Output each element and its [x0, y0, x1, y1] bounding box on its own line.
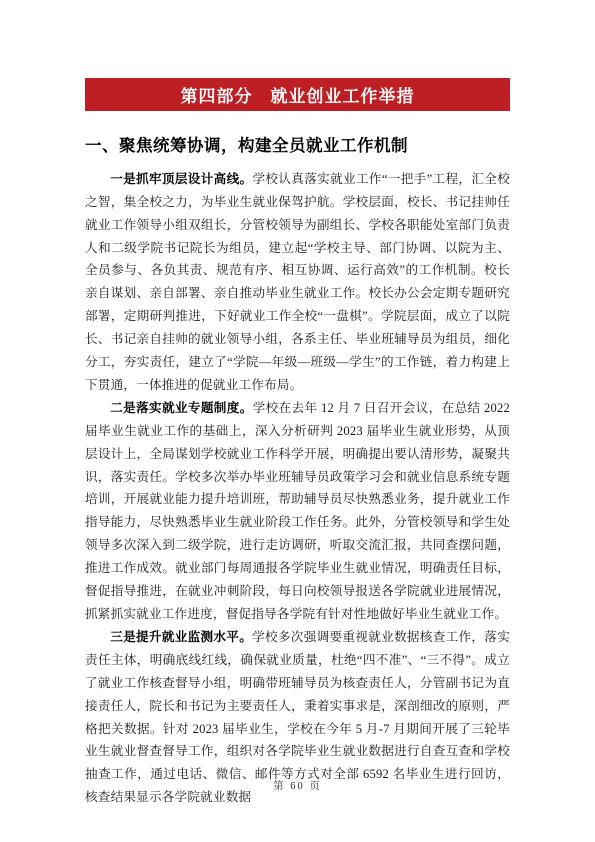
paragraph-2-lead: 二是落实就业专题制度。 — [110, 401, 252, 415]
section-banner-title: 第四部分 就业创业工作举措 — [181, 82, 415, 107]
paragraph-2: 二是落实就业专题制度。学校在去年 12 月 7 日召开会议，在总结 2022 届… — [85, 397, 510, 626]
paragraph-2-text: 学校在去年 12 月 7 日召开会议，在总结 2022 届毕业生就业工作的基础上… — [85, 401, 510, 621]
section-heading: 一、聚焦统筹协调，构建全员就业工作机制 — [85, 137, 510, 157]
document-page: 第四部分 就业创业工作举措 一、聚焦统筹协调，构建全员就业工作机制 一是抓牢顶层… — [0, 0, 595, 842]
paragraph-1-text: 学校认真落实就业工作“一把手”工程，汇全校之智，集全校之力，为毕业生就业保驾护航… — [85, 172, 510, 392]
paragraph-1: 一是抓牢顶层设计高线。学校认真落实就业工作“一把手”工程，汇全校之智，集全校之力… — [85, 168, 510, 397]
page-footer: 第 60 页 — [0, 776, 595, 794]
paragraph-1-lead: 一是抓牢顶层设计高线。 — [110, 172, 252, 186]
page-number: 第 60 页 — [273, 781, 322, 792]
paragraph-3-lead: 三是提升就业监测水平。 — [110, 630, 252, 644]
body-content: 一是抓牢顶层设计高线。学校认真落实就业工作“一把手”工程，汇全校之智，集全校之力… — [85, 168, 510, 809]
section-banner: 第四部分 就业创业工作举措 — [85, 78, 510, 111]
